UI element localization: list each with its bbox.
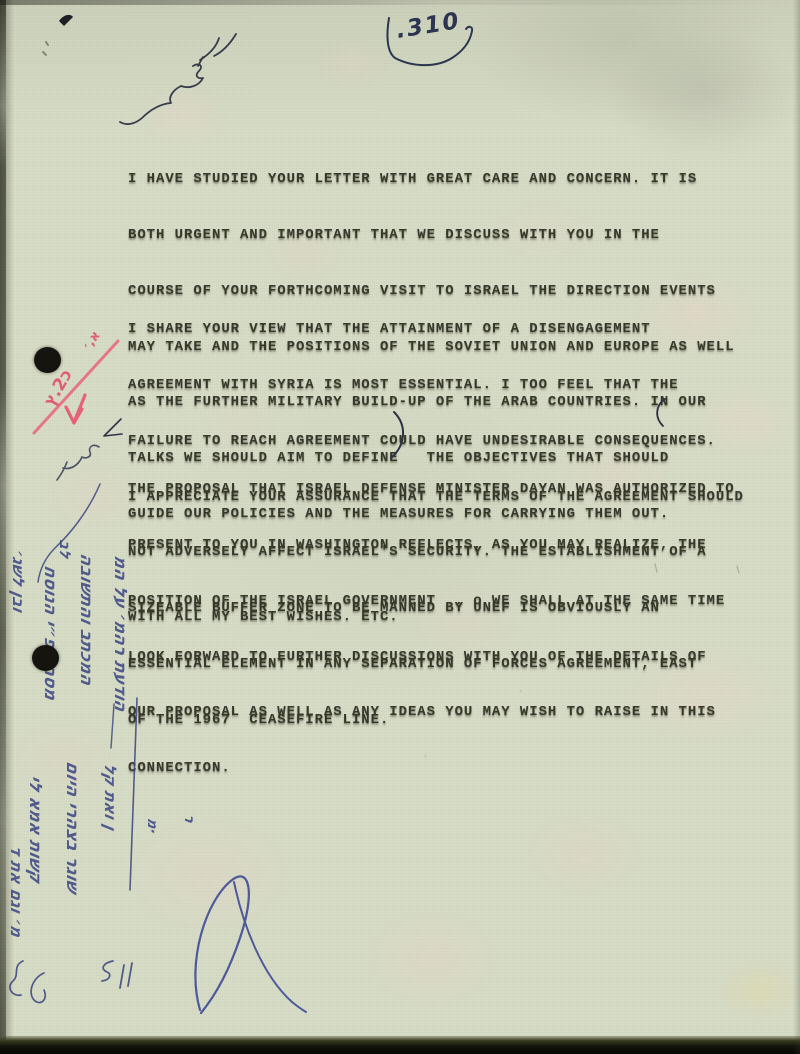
- top-scribble: [120, 34, 236, 124]
- corner-mark: [43, 15, 73, 55]
- hebrew-margin-note: מ׳ וגם את ד: [7, 844, 26, 1008]
- scan-edge-bottom: [0, 1036, 800, 1054]
- hole-punch-top: [34, 347, 61, 373]
- hole-punch-bottom: [32, 645, 59, 671]
- typed-line: I HAVE STUDIED YOUR LETTER WITH GREAT CA…: [128, 170, 735, 189]
- hebrew-margin-note: המכתב והתשובה: [76, 552, 96, 756]
- typed-line: AGREEMENT WITH SYRIA IS MOST ESSENTIAL. …: [128, 376, 744, 395]
- typed-line: WITH ALL MY BEST WISHES. ETC.: [128, 608, 399, 627]
- typed-line: PRESENT TO YOU IN WASHINGTON REFLECTS, A…: [128, 536, 735, 555]
- red-margin-note-upper: א,׳: [80, 328, 104, 353]
- hebrew-margin-note-small: לב: [56, 538, 74, 590]
- hebrew-margin-note-small: מ·: [144, 817, 160, 876]
- typed-line: BOTH URGENT AND IMPORTANT THAT WE DISCUS…: [128, 226, 735, 245]
- scan-edge-right: [793, 0, 800, 1054]
- scanned-letter-page: I HAVE STUDIED YOUR LETTER WITH GREAT CA…: [0, 0, 800, 1054]
- signoff-line: WITH ALL MY BEST WISHES. ETC.: [128, 571, 399, 664]
- pen-marks-bottom: [10, 961, 132, 1003]
- handwritten-page-number: .310: [394, 8, 462, 44]
- typed-line: OUR PROPOSAL AS WELL AS ANY IDEAS YOU MA…: [128, 703, 735, 722]
- hebrew-margin-note: שוגר בצהרי היום: [62, 760, 82, 959]
- red-arrow: [66, 395, 85, 423]
- typed-line: I SHARE YOUR VIEW THAT THE ATTAINMENT OF…: [128, 320, 744, 339]
- hebrew-margin-note-small: ר: [181, 813, 197, 856]
- signature-scribble: [195, 876, 306, 1013]
- hebrew-margin-note: הודעת רהמ׳ על המ: [110, 554, 130, 748]
- hebrew-margin-note: קשות אמא לי: [25, 774, 45, 968]
- pen-angle-mark: [104, 419, 122, 436]
- scan-edge-top: [0, 0, 800, 5]
- hebrew-margin-note: ובן לשג׳: [9, 548, 28, 712]
- typed-line: CONNECTION.: [128, 759, 735, 778]
- pen-squiggle-mid: [57, 445, 99, 480]
- typed-line: THE PROPOSAL THAT ISRAEL DEFENSE MINISTE…: [128, 480, 735, 499]
- scan-edge-left: [0, 0, 6, 1054]
- hebrew-margin-note: ן ואת קל: [101, 762, 120, 911]
